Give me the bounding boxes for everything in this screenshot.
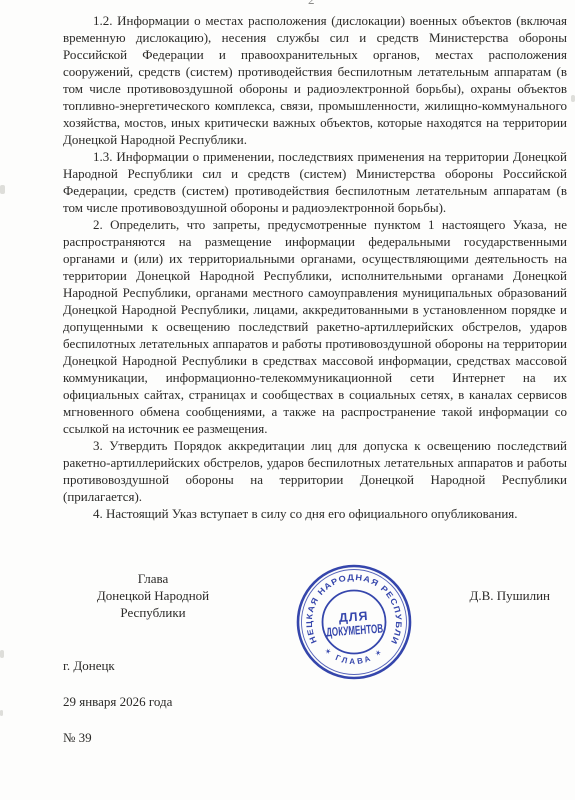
- stamp-bottom-arc-text: ✶ ГЛАВА ✶: [322, 646, 385, 666]
- scan-artifact: [0, 185, 5, 194]
- paragraph-1-2: 1.2. Информации о местах расположения (д…: [63, 12, 567, 148]
- page-number: 2: [308, 0, 315, 8]
- paragraph-1-3: 1.3. Информации о применении, последстви…: [63, 148, 567, 216]
- document-number: № 39: [63, 730, 92, 746]
- signer-title-line2: Донецкой Народной Республики: [63, 587, 243, 621]
- document-page: 2 1.2. Информации о местах расположения …: [0, 0, 575, 800]
- scan-artifact: [571, 95, 575, 102]
- paragraph-2: 2. Определить, что запреты, предусмотрен…: [63, 216, 567, 437]
- document-date: 29 января 2026 года: [63, 694, 172, 710]
- signer-title-line1: Глава: [63, 570, 243, 587]
- official-stamp-icon: ДОНЕЦКАЯ НАРОДНАЯ РЕСПУБЛИКА ✶ ГЛАВА ✶ Д…: [294, 562, 414, 682]
- document-place: г. Донецк: [63, 658, 115, 674]
- scan-artifact: [0, 710, 3, 716]
- signer-title: Глава Донецкой Народной Республики: [63, 570, 243, 621]
- signer-name: Д.В. Пушилин: [469, 587, 550, 604]
- svg-text:✶ ГЛАВА ✶: ✶ ГЛАВА ✶: [322, 646, 385, 666]
- stamp-center-line2: ДОКУМЕНТОВ: [326, 622, 384, 640]
- scan-artifact: [0, 650, 4, 658]
- paragraph-4: 4. Настоящий Указ вступает в силу со дня…: [63, 505, 567, 522]
- paragraph-3: 3. Утвердить Порядок аккредитации лиц дл…: [63, 437, 567, 505]
- decree-body: 1.2. Информации о местах расположения (д…: [63, 12, 567, 522]
